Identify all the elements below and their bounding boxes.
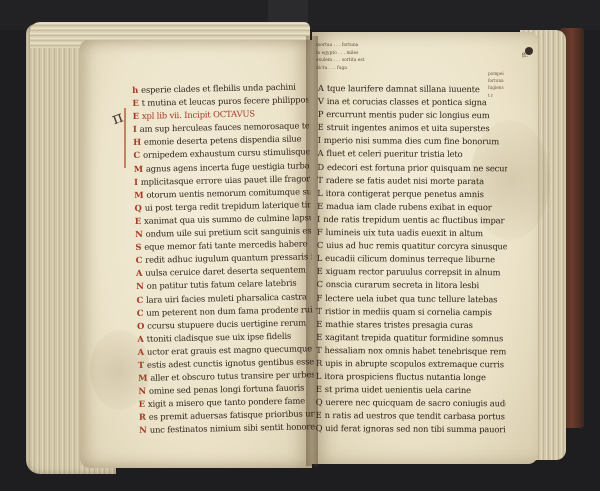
text-line: Thessaliam nox omnis habet tenebrisque r… — [316, 344, 506, 358]
line-text: itora prospiciens fluctus nutantia longe — [324, 371, 486, 382]
line-initial: E — [317, 201, 323, 211]
line-initial: V — [318, 96, 324, 106]
line-text: uulsa ceruice daret deserta sequentem — [145, 265, 306, 278]
line-text: mathie stares tristes presagia curas — [325, 319, 473, 330]
line-text: ornipedem exhaustum cursu stimulisque ne… — [143, 146, 315, 160]
line-initial: N — [138, 386, 146, 396]
text-line: Exagitant trepida quatitur formidine som… — [316, 331, 506, 345]
line-text: ccursu stupuere ducis uertigine rerum — [147, 317, 306, 330]
line-text: t mutina et leucas puros fecere philippo… — [142, 94, 310, 108]
text-line: Vina et corucias classes et pontica sign… — [318, 95, 508, 109]
line-initial: S — [135, 242, 141, 252]
gloss-line: dictu . . . fuga — [316, 65, 516, 73]
line-initial: Q — [316, 423, 323, 433]
text-line: Emadua iam clade rubens exibat in equor — [317, 200, 507, 214]
line-text: ui post terga redit trepidum laterique t… — [145, 198, 316, 212]
line-text: um peterent non dum fama prodente ruinas — [146, 304, 315, 318]
folio-mark: ff. — [522, 52, 529, 60]
line-initial: I — [318, 135, 321, 145]
line-initial: C — [317, 240, 323, 250]
line-initial: C — [136, 255, 143, 265]
text-line: Cuius ad huc remis quatitur corcyra sinu… — [317, 239, 507, 253]
gloss-line: in egypto . . . miles — [316, 50, 516, 58]
text-line: Litora prospiciens fluctus nutantia long… — [316, 370, 506, 384]
text-line: Tradere se fatis audet nisi morte parata — [317, 174, 507, 188]
line-text: struit ingentes animos et uita superstes — [327, 122, 490, 133]
line-initial: L — [316, 371, 321, 381]
line-text: xanimat qua uis summo de culmine lapsus — [144, 212, 315, 226]
left-page-text: hesperie clades et flebilis unda pachini… — [132, 80, 315, 437]
line-initial: C — [133, 150, 140, 160]
text-line: Afluet et celeri pueritur tristia leto — [317, 147, 507, 161]
line-initial: R — [316, 358, 322, 368]
text-line: Tristior in mediis quam si cornelia camp… — [316, 305, 506, 319]
line-initial: M — [134, 163, 143, 173]
text-line: Conscia curarum secreta in litora lesbi — [317, 278, 507, 292]
line-initial: L — [317, 188, 322, 198]
line-text: ondum uile sui pretium scit sanguinis es… — [146, 225, 316, 239]
line-initial: E — [317, 266, 323, 276]
line-initial: E — [316, 410, 322, 420]
line-text: mplicitasque errore uias pauet ille frag… — [141, 173, 316, 187]
gloss-line: pompei — [488, 70, 528, 77]
line-text: lara uiri facies muleti pharsalica castr… — [146, 291, 307, 304]
line-text: esperie clades et flebilis unda pachini — [141, 82, 296, 95]
line-initial: A — [317, 148, 323, 158]
line-initial: A — [138, 347, 145, 357]
line-text: eque memor fati tante mercedis habere — [144, 238, 307, 251]
line-initial: N — [139, 425, 147, 435]
line-initial: F — [317, 227, 323, 237]
line-initial: L — [317, 253, 322, 263]
line-initial: Q — [316, 397, 323, 407]
line-initial: A — [136, 268, 143, 278]
line-text: unc festinatos nimium sibi sentit honore… — [150, 422, 316, 436]
line-initial: M — [138, 373, 147, 383]
line-text: xiguam rector paruulus correpsit in alnu… — [326, 266, 501, 277]
line-initial: E — [135, 216, 141, 226]
line-initial: M — [134, 190, 143, 200]
line-text: uius ad huc remis quatitur corcyra sinus… — [326, 240, 508, 251]
text-line: Est prima uidet uenientis uela carine — [316, 383, 506, 397]
line-initial: E — [316, 384, 322, 394]
line-initial: C — [137, 307, 144, 317]
text-line: Imperio nisi summa dies cum fine bonorum — [318, 134, 508, 148]
line-initial: E — [132, 98, 138, 108]
line-initial: D — [317, 162, 324, 172]
line-text: redit adhuc iugulum quantum pressaris ip… — [145, 251, 315, 265]
line-text: onscia curarum secreta in litora lesbi — [326, 279, 479, 290]
text-line: Exiguam rector paruulus correpsit in aln… — [317, 265, 507, 279]
line-initial: R — [139, 412, 146, 422]
line-text: on patitur tutis fatum celare latebris — [147, 278, 297, 291]
line-text: am sup herculeas fauces nemorosaque temp… — [140, 120, 316, 134]
line-text: emonie deserta petens dispendia silue — [144, 134, 302, 147]
line-initial: Q — [134, 203, 141, 213]
line-initial: E — [133, 111, 139, 121]
text-line: Quid ferat ignoras sed non tibi summa pa… — [316, 422, 506, 436]
text-line: Litora contigerat perque penetus amnis — [317, 187, 507, 201]
line-text: st prima uidet uenientis uela carine — [325, 384, 471, 395]
line-text: hessaliam nox omnis habet tenebrisque re… — [325, 345, 508, 356]
line-text: lumineis uix tuta uadis euexit in altum — [326, 227, 483, 238]
line-text: uid ferat ignoras sed non tibi summa pau… — [325, 423, 508, 434]
line-initial: I — [317, 214, 320, 224]
text-line: Leucadii cilicum dominus terreque liburn… — [317, 252, 507, 266]
gloss-line: exulem . . . sortita est — [316, 57, 516, 65]
line-text: xagitant trepida quatitur formidine somn… — [325, 332, 503, 343]
line-text: ercurrunt mentis puder sic longius eum — [326, 109, 489, 120]
text-line: Estruit ingentes animos et uita superste… — [318, 121, 508, 135]
line-text: otorum uentis nemorum comitumque suorum — [146, 186, 315, 200]
text-line: Emathie stares tristes presagia curas — [316, 318, 506, 332]
line-text: eucadii cilicum dominus terreque liburne — [325, 253, 495, 264]
line-text: tque laurifere damnat sillana iuuente — [327, 83, 480, 94]
line-initial: H — [133, 137, 141, 147]
text-line: Inde ratis trepidum uentis ac fluctibus … — [317, 213, 507, 227]
line-initial: F — [316, 292, 322, 302]
line-text: uctor erat grauis est magno quecumque la… — [147, 342, 316, 356]
text-line: Rupis in abrupte scopulos extremaque cur… — [316, 357, 506, 371]
line-initial: A — [318, 83, 324, 93]
right-page-text: Atque laurifere damnat sillana iuuente V… — [316, 82, 508, 437]
line-text: radere se fatis audet nisi morte parata — [326, 175, 484, 186]
text-line: Flectere uela iubet qua tunc tellure lat… — [316, 291, 506, 305]
line-initial: h — [132, 85, 138, 95]
line-text: itora contigerat perque penetus amnis — [326, 188, 484, 199]
line-initial: O — [137, 320, 144, 330]
text-line: Flumineis uix tuta uadis euexit in altum — [317, 226, 507, 240]
line-text: agnus agens incerta fuge uestigia turbat — [146, 160, 313, 173]
line-initial: E — [318, 122, 324, 132]
text-line: Dedecori est fortuna prior quisquam ne s… — [317, 161, 507, 175]
line-initial: T — [317, 175, 323, 185]
gloss-line: mortua . . . fortuna — [316, 42, 516, 50]
line-initial: N — [135, 229, 143, 239]
line-initial: E — [316, 319, 322, 329]
line-text: upis in abrupte scopulos extremaque curr… — [325, 358, 504, 369]
line-initial: T — [316, 345, 322, 355]
line-initial: A — [137, 334, 144, 344]
line-text: ttoniti cladisque sue uix ipse fidelis — [147, 331, 292, 344]
line-text: madua iam clade rubens exibat in equor — [326, 201, 492, 212]
line-initial: E — [139, 399, 145, 409]
line-initial: C — [136, 294, 143, 304]
line-initial: P — [318, 109, 324, 119]
text-line: En ratis ad uestros que tendit carbasa p… — [316, 409, 506, 423]
line-text: uerere nec quicquam de sacro coniugis au… — [325, 397, 508, 408]
line-text: mperio nisi summa dies cum fine bonorum — [324, 135, 499, 146]
marginal-gloss: mortua . . . fortuna in egypto . . . mil… — [316, 42, 516, 72]
line-initial: I — [134, 177, 138, 187]
line-text: n ratis ad uestros que tendit carbasa po… — [325, 410, 505, 421]
line-initial: T — [316, 306, 322, 316]
line-initial: I — [133, 124, 137, 134]
line-text: omine sed penas longi fortuna fauoris — [149, 383, 305, 396]
line-text: estis adest cunctis ignotus gentibus ess… — [147, 356, 314, 369]
line-text: ina et corucias classes et pontica signa — [327, 96, 487, 107]
line-text: es premit aduersas fatisque prioribus ur… — [149, 408, 316, 422]
line-initial: N — [136, 281, 144, 291]
line-text: edecori est fortuna prior quisquam ne se… — [327, 162, 508, 173]
line-initial: E — [316, 332, 322, 342]
text-line: Querere nec quicquam de sacro coniugis a… — [316, 396, 506, 410]
text-line: Atque laurifere damnat sillana iuuente — [318, 82, 508, 96]
line-initial: T — [138, 360, 144, 370]
text-line: Percurrunt mentis puder sic longius eum — [318, 108, 508, 122]
line-text: ristior in mediis quam si cornelia campi… — [325, 306, 492, 317]
line-text: lectere uela iubet qua tunc tellure late… — [325, 293, 497, 304]
line-text: nde ratis trepidum uentis ac fluctibus i… — [323, 214, 504, 225]
line-text: fluet et celeri pueritur tristia leto — [326, 149, 462, 160]
line-text: aller et obscuro tutus transire per urbe… — [150, 369, 315, 382]
line-initial: C — [317, 279, 323, 289]
line-text: xpl lib vii. Incipit OCTAVUS — [142, 109, 255, 121]
line-text: xigit a misero que tanto pondere fame — [148, 396, 305, 409]
